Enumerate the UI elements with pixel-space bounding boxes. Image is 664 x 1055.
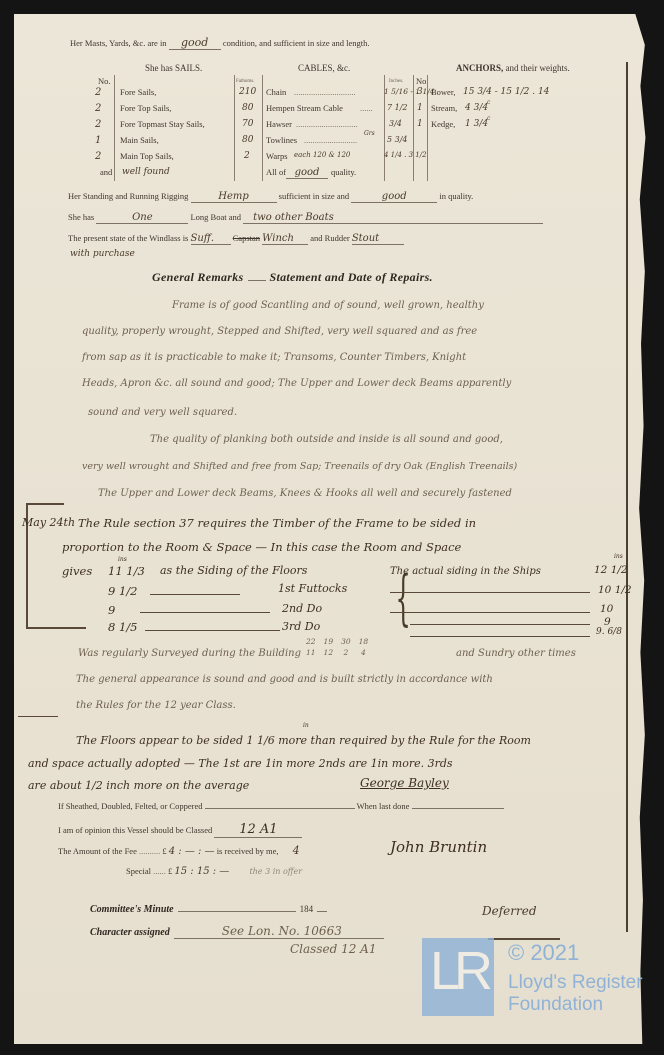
other-boats-value: two other Boats <box>243 212 543 224</box>
brace-glyph: { <box>395 568 410 628</box>
committee-minute-value <box>178 911 296 912</box>
sheathing-label: If Sheathed, Doubled, Felted, or Coppere… <box>58 801 202 811</box>
lloyds-register-watermark: LR © 2021 Lloyd's Register Foundation <box>422 938 632 1018</box>
sails-and-value: well found <box>122 167 170 177</box>
sail-label: Fore Top Sails, <box>120 103 171 113</box>
survey-date: 22 11 <box>306 636 316 658</box>
siding-rule-value: 9 <box>108 603 115 617</box>
masts-line: Her Masts, Yards, &c. are in good condit… <box>70 36 369 50</box>
cable-fathoms: 210 <box>239 87 256 97</box>
right-margin-rule <box>626 62 628 932</box>
all-of-value: good <box>286 167 328 179</box>
sail-label: Main Top Sails, <box>120 151 174 161</box>
class-opinion-label: I am of opinion this Vessel should be Cl… <box>58 825 212 835</box>
sail-label: Fore Sails, <box>120 87 156 97</box>
actual-siding-value: 9. 6/8 <box>596 627 622 637</box>
receiver-signature: John Bruntin <box>390 838 487 856</box>
character-assigned-label: Character assigned <box>90 927 170 938</box>
sails-table: 2 Fore Sails, 2 Fore Top Sails, 2 Fore T… <box>50 87 240 183</box>
anchor-label: Kedge, <box>431 119 455 129</box>
survey-date: 30 2 <box>341 636 351 658</box>
committee-minute-label: Committee's Minute <box>90 904 174 915</box>
cable-fathoms: 80 <box>242 135 253 145</box>
windlass-line: The present state of the Windlass is Suf… <box>68 233 404 245</box>
anchor-count: 1 <box>417 119 423 129</box>
siding-rule-value: 11 1/3 <box>108 564 145 578</box>
long-boat-value: One <box>96 212 188 224</box>
all-of-quality-label: quality. <box>331 167 356 177</box>
sheathing-line: If Sheathed, Doubled, Felted, or Coppere… <box>58 801 504 811</box>
cable-label: Warps <box>266 151 288 161</box>
rudder-value: Stout <box>352 233 404 245</box>
fee-label: The Amount of the Fee <box>58 846 137 856</box>
capstan-label: Capstan <box>233 233 260 243</box>
special-fee-currency: £ <box>168 866 172 876</box>
cable-note: each 120 & 120 <box>294 151 350 159</box>
fee-value: 4 : — : — <box>169 846 215 857</box>
windlass-value: Suff. <box>191 233 231 245</box>
margin-note-line: The Rule section 37 requires the Timber … <box>78 516 476 530</box>
remark-line: quality, properly wrought, Stepped and S… <box>82 326 477 337</box>
rigging-material-value: Hemp <box>191 191 277 203</box>
rudder-label: and Rudder <box>310 233 349 243</box>
masts-suffix: condition, and sufficient in size and le… <box>223 38 370 48</box>
character-assigned-note: Classed 12 A1 <box>290 942 376 956</box>
survey-date: 19 12 <box>324 636 334 658</box>
cables-heading: CABLES, &c. <box>298 63 350 73</box>
cable-row: 80 Hempen Stream Cable ...... 7 1/2 <box>234 103 434 119</box>
anchors-heading-bold: ANCHORS, <box>456 63 503 73</box>
anchor-count: 1 <box>417 103 423 113</box>
character-assigned-value: See Lon. No. 10663 <box>174 924 384 939</box>
anchors-heading: ANCHORS, and their weights. <box>456 63 570 73</box>
cable-label: Chain <box>266 87 286 97</box>
siding-rule-label: 1st Futtocks <box>278 582 347 595</box>
class-opinion-line: I am of opinion this Vessel should be Cl… <box>58 822 302 838</box>
anchor-weights: 1 3/4 <box>465 119 488 129</box>
cable-row: 70 Hawser ............................. … <box>234 119 434 135</box>
survey-date: 18 4 <box>359 636 369 658</box>
boats-prefix: She has <box>68 212 94 222</box>
sheathing-value <box>205 808 355 809</box>
anchors-heading-suffix: and their weights. <box>506 63 570 73</box>
margin-bracket-top <box>26 503 64 505</box>
sail-count: 2 <box>95 103 101 114</box>
cable-row: 210 Chain ............................. … <box>234 87 434 103</box>
cable-row: 2 Warps each 120 & 120 4 1/4 . 3 1/2 <box>234 151 434 167</box>
remarks-heading: General Remarks Statement and Date of Re… <box>152 268 433 286</box>
sails-row: 2 Fore Top Sails, <box>50 103 240 119</box>
watermark-line1: Lloyd's Register <box>508 972 643 994</box>
last-done-label: When last done <box>357 801 410 811</box>
survey-dates: 22 11 19 12 30 2 18 4 <box>306 636 368 658</box>
siding-rule-label: 2nd Do <box>282 602 322 615</box>
special-fee-line: Special ...... £ 15 : 15 : — the 3 in of… <box>126 866 302 877</box>
margin-note-line: proportion to the Room & Space — In this… <box>62 540 461 554</box>
cable-fathoms: 70 <box>242 119 253 129</box>
character-assigned-line: Character assigned See Lon. No. 10663 <box>90 922 384 940</box>
watermark-copyright: © 2021 <box>508 940 579 966</box>
cables-table: 210 Chain ............................. … <box>234 87 434 183</box>
fee-received-label: is received by me, <box>217 846 279 856</box>
siding-rule-label: as the Siding of the Floors <box>160 564 307 577</box>
remark-line: Frame is of good Scantling and of sound,… <box>172 300 484 311</box>
fee-currency: £ <box>162 846 166 856</box>
siding-rule-value: 8 1/5 <box>108 620 137 634</box>
cable-label: Towlines <box>266 135 297 145</box>
boats-line: She has One Long Boat and two other Boat… <box>68 212 543 224</box>
committee-minute-line: Committee's Minute 184 <box>90 899 327 917</box>
last-done-value <box>412 808 504 809</box>
cable-inches: 4 1/4 . 3 1/2 <box>384 151 427 159</box>
cable-row: 80 Towlines ......................... Gr… <box>234 135 434 151</box>
margin-note-date: May 24th <box>22 516 75 529</box>
windlass-prefix: The present state of the Windlass is <box>68 233 188 243</box>
capstan-value: Winch <box>262 233 308 245</box>
special-fee-note: the 3 in offer <box>249 867 302 876</box>
cable-inches: 7 1/2 <box>387 103 408 112</box>
remark-line: very well wrought and Shifted and free f… <box>82 461 517 472</box>
cable-label: Hempen Stream Cable <box>266 103 343 113</box>
surveyor-signature: George Bayley <box>360 776 449 790</box>
sails-row: 2 Fore Topmast Stay Sails, <box>50 119 240 135</box>
special-fee-label: Special <box>126 866 151 876</box>
anchor-count: 3 <box>417 87 423 97</box>
sail-count: 2 <box>95 119 101 130</box>
masts-prefix: Her Masts, Yards, &c. are in <box>70 38 167 48</box>
sail-label: Main Sails, <box>120 135 159 145</box>
cable-label: Hawser <box>266 119 292 129</box>
survey-line-part2: and Sundry other times <box>456 648 576 659</box>
masts-condition-value: good <box>169 36 221 50</box>
all-of-label: All of <box>266 167 286 177</box>
sails-row: 1 Main Sails, <box>50 135 240 151</box>
anchor-unit: c <box>487 99 490 106</box>
cable-inches: 3/4 <box>389 119 402 128</box>
actual-siding-value: 10 <box>600 603 613 615</box>
actual-siding-value: 12 1/2 <box>594 564 628 576</box>
remark-line: The quality of planking both outside and… <box>150 434 503 445</box>
sail-count: 2 <box>95 87 101 98</box>
cable-fathoms: 80 <box>242 103 253 113</box>
anchor-label: Bower, <box>431 87 455 97</box>
anchor-row: 1 Kedge, 1 3/4 c <box>413 119 613 135</box>
remark-line: The Upper and Lower deck Beams, Knees & … <box>98 488 512 499</box>
survey-line-part1: Was regularly Surveyed during the Buildi… <box>78 648 301 659</box>
cable-note: Grs <box>364 130 375 137</box>
lr-logo-letters: LR <box>430 940 487 1002</box>
actual-siding-unit: ins <box>614 553 623 560</box>
fee-received-mark: 4 <box>293 844 300 857</box>
sail-count: 1 <box>95 135 101 146</box>
margin-bracket-bottom <box>26 627 86 629</box>
windlass-extra-note: with purchase <box>70 249 135 259</box>
sails-and-label: and <box>100 167 112 177</box>
rigging-middle: sufficient in size and <box>279 191 349 201</box>
rigging-quality-value: good <box>351 191 437 203</box>
floors-note-line: The Floors appear to be sided 1 1/6 more… <box>76 734 531 747</box>
sail-label: Fore Topmast Stay Sails, <box>120 119 205 129</box>
rigging-suffix: in quality. <box>439 191 473 201</box>
floors-note-line: are about 1/2 inch more on the average <box>28 779 249 792</box>
inches-label: Inches. <box>389 79 403 84</box>
general-appearance-line: the Rules for the 12 year Class. <box>76 700 236 711</box>
rigging-prefix: Her Standing and Running Rigging <box>68 191 188 201</box>
actual-siding-label: The actual siding in the Ships <box>390 566 541 577</box>
special-fee-value: 15 : 15 : — <box>174 866 229 877</box>
anchor-row: 1 Stream, 4 3/4 c <box>413 103 613 119</box>
committee-minute-year: 184 <box>300 904 314 914</box>
class-opinion-value: 12 A1 <box>214 822 302 838</box>
general-appearance-line: The general appearance is sound and good… <box>76 674 493 685</box>
sails-no-label: No. <box>98 76 111 86</box>
sails-row: 2 Fore Sails, <box>50 87 240 103</box>
anchor-row: 3 Bower, 15 3/4 - 15 1/2 . 14 <box>413 87 613 103</box>
sails-heading: She has SAILS. <box>145 63 202 73</box>
remarks-heading-part1: General Remarks <box>152 270 244 284</box>
remark-line: Heads, Apron &c. all sound and good; The… <box>82 378 511 389</box>
anchor-weights: 15 3/4 - 15 1/2 . 14 <box>463 87 549 97</box>
anchor-label: Stream, <box>431 103 457 113</box>
remark-line: sound and very well squared. <box>88 407 237 418</box>
margin-note-line: gives <box>62 564 92 578</box>
anchor-weights: 4 3/4 <box>465 103 488 113</box>
anchor-unit: c <box>487 115 490 122</box>
deferred-note: Deferred <box>482 904 537 918</box>
remark-line: from sap as it is practicable to make it… <box>82 352 466 363</box>
sails-row: 2 Main Top Sails, <box>50 151 240 167</box>
siding-rule-value: 9 1/2 <box>108 584 137 598</box>
sail-count: 2 <box>95 151 101 162</box>
lr-logo-icon: LR <box>422 938 494 1016</box>
rigging-line: Her Standing and Running Rigging Hemp su… <box>68 191 473 203</box>
boats-middle: Long Boat and <box>190 212 241 222</box>
cables-all-of-row: All of good quality. <box>234 167 434 183</box>
sails-and-row: and well found <box>50 167 240 183</box>
fee-line: The Amount of the Fee .......... £ 4 : —… <box>58 844 300 857</box>
floors-note-line: and space actually adopted — The 1st are… <box>28 757 453 770</box>
fathoms-label: Fathoms. <box>236 79 254 84</box>
siding-unit: ins <box>118 556 127 563</box>
siding-rule-label: 3rd Do <box>282 620 320 633</box>
cable-inches: 5 3/4 <box>387 135 408 144</box>
cable-fathoms: 2 <box>244 151 250 161</box>
anchors-table: 3 Bower, 15 3/4 - 15 1/2 . 14 1 Stream, … <box>413 87 613 135</box>
remarks-heading-part2: Statement and Date of Repairs. <box>270 270 433 284</box>
floors-note-superscript: in <box>303 722 309 729</box>
actual-siding-value: 10 1/2 <box>598 584 632 596</box>
watermark-line2: Foundation <box>508 994 603 1016</box>
